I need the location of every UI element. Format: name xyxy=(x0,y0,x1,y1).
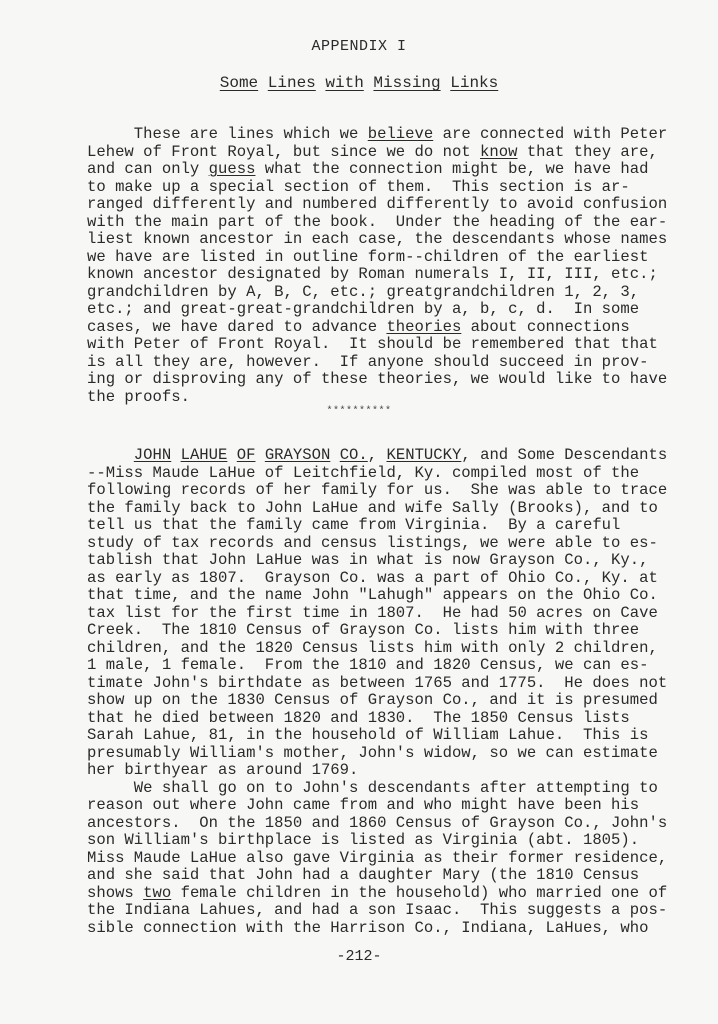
appendix-heading: APPENDIX I xyxy=(0,38,718,55)
text-line: We shall go on to John's descendants aft… xyxy=(87,780,707,798)
text-line: and she said that John had a daughter Ma… xyxy=(87,867,707,885)
text-line: known ancestor designated by Roman numer… xyxy=(87,266,707,284)
text-line: 1 male, 1 female. From the 1810 and 1820… xyxy=(87,657,707,675)
text-line: and can only guess what the connection m… xyxy=(87,161,707,179)
text-line: show up on the 1830 Census of Grayson Co… xyxy=(87,692,707,710)
text-line: her birthyear as around 1769. xyxy=(87,762,707,780)
text-line: Sarah Lahue, 81, in the household of Wil… xyxy=(87,727,707,745)
text-line: that he died between 1820 and 1830. The … xyxy=(87,710,707,728)
text-line: --Miss Maude LaHue of Leitchfield, Ky. c… xyxy=(87,465,707,483)
text-line: cases, we have dared to advance theories… xyxy=(87,319,707,337)
text-line: with the main part of the book. Under th… xyxy=(87,214,707,232)
text-line: the family back to John LaHue and wife S… xyxy=(87,500,707,518)
text-line: These are lines which we believe are con… xyxy=(87,126,707,144)
separator-stars: ********** xyxy=(0,406,718,417)
text-line: with Peter of Front Royal. It should be … xyxy=(87,336,707,354)
page-number: -212- xyxy=(0,948,718,965)
text-line: sible connection with the Harrison Co., … xyxy=(87,920,707,938)
text-line: children, and the 1820 Census lists him … xyxy=(87,640,707,658)
text-line: shows two female children in the househo… xyxy=(87,885,707,903)
text-line: timate John's birthdate as between 1765 … xyxy=(87,675,707,693)
text-line: JOHN LAHUE OF GRAYSON CO., KENTUCKY, and… xyxy=(87,447,707,465)
text-line: reason out where John came from and who … xyxy=(87,797,707,815)
text-line: ranged differently and numbered differen… xyxy=(87,196,707,214)
text-line: to make up a special section of them. Th… xyxy=(87,179,707,197)
text-line: Lehew of Front Royal, but since we do no… xyxy=(87,144,707,162)
subtitle-word: Links xyxy=(450,74,498,92)
text-line: tax list for the first time in 1807. He … xyxy=(87,605,707,623)
text-line: etc.; and great-great-grandchildren by a… xyxy=(87,301,707,319)
text-line: we have are listed in outline form--chil… xyxy=(87,249,707,267)
text-line: son William's birthplace is listed as Vi… xyxy=(87,832,707,850)
john-lahue-section: JOHN LAHUE OF GRAYSON CO., KENTUCKY, and… xyxy=(87,447,707,937)
text-line: ancestors. On the 1850 and 1860 Census o… xyxy=(87,815,707,833)
text-line: the Indiana Lahues, and had a son Isaac.… xyxy=(87,902,707,920)
subtitle-word: with xyxy=(325,74,363,92)
intro-paragraph: These are lines which we believe are con… xyxy=(87,126,707,406)
section-subtitle: Some Lines with Missing Links xyxy=(0,74,718,92)
text-line: that time, and the name John "Lahugh" ap… xyxy=(87,587,707,605)
text-line: study of tax records and census listings… xyxy=(87,535,707,553)
text-line: is all they are, however. If anyone shou… xyxy=(87,354,707,372)
subtitle-word: Missing xyxy=(373,74,440,92)
text-line: Creek. The 1810 Census of Grayson Co. li… xyxy=(87,622,707,640)
text-line: as early as 1807. Grayson Co. was a part… xyxy=(87,570,707,588)
text-line: liest known ancestor in each case, the d… xyxy=(87,231,707,249)
document-page: APPENDIX I Some Lines with Missing Links… xyxy=(0,0,718,1024)
text-line: Miss Maude LaHue also gave Virginia as t… xyxy=(87,850,707,868)
text-line: grandchildren by A, B, C, etc.; greatgra… xyxy=(87,284,707,302)
subtitle-word: Lines xyxy=(268,74,316,92)
text-line: following records of her family for us. … xyxy=(87,482,707,500)
text-line: tell us that the family came from Virgin… xyxy=(87,517,707,535)
text-line: ing or disproving any of these theories,… xyxy=(87,371,707,389)
text-line: the proofs. xyxy=(87,389,707,407)
subtitle-word: Some xyxy=(220,74,258,92)
text-line: presumably William's mother, John's wido… xyxy=(87,745,707,763)
text-line: tablish that John LaHue was in what is n… xyxy=(87,552,707,570)
